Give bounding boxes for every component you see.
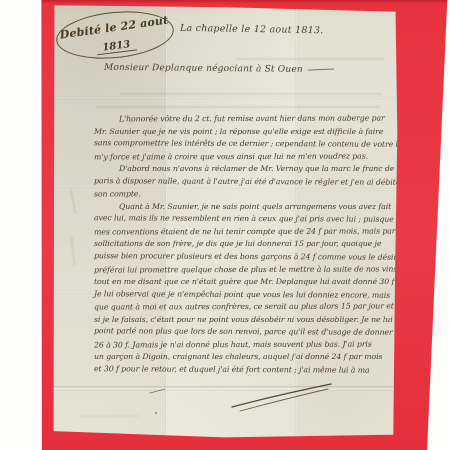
show-through-mark	[70, 236, 75, 266]
ink-speck	[155, 412, 157, 414]
show-through-mark	[70, 188, 76, 214]
handwritten-line: m'y force et j'aime à croire que vous ai…	[94, 150, 396, 164]
handwritten-line: si je le faisais, c'était pour ne point …	[94, 314, 396, 327]
letter-body: L'honorée vôtre du 2 ct. fut remise avan…	[94, 113, 396, 376]
handwritten-line: que quant à moi et aux autres confrères,…	[94, 301, 396, 315]
handwritten-line: sans compromettre les intérêts de ce der…	[94, 137, 396, 151]
handwritten-line: mes conventions étaient de ne lui tenir …	[94, 225, 396, 239]
fold-crease-horizontal-4	[53, 386, 396, 391]
show-through-mark	[96, 106, 380, 108]
handwritten-line: 26 à 30 f. Jamais je n'ai donné plus hau…	[94, 338, 396, 352]
handwritten-line: préférai lui promettre quelque chose de …	[94, 263, 396, 277]
handwritten-line: L'honorée vôtre du 2 ct. fut remise avan…	[94, 112, 396, 126]
handwritten-line: sollicitations de son frère, je dis que …	[94, 238, 396, 251]
letter-paper: Debité le 22 aout 1813 La chapelle le 12…	[0, 0, 450, 450]
handwritten-line: puisse bien procurer plusieurs et des bo…	[94, 250, 396, 264]
handwritten-line: tout en me disant que ce n'était guère q…	[94, 276, 396, 289]
handwritten-line: un garçon à Digoin, craignant les chaleu…	[94, 351, 396, 364]
letter-photo: Debité le 22 aout 1813 La chapelle le 12…	[0, 0, 450, 450]
fold-crease-horizontal-1	[54, 96, 396, 99]
show-through-mark	[236, 58, 384, 60]
handwritten-line: point parlé non plus que lors de son ren…	[94, 326, 396, 340]
handwritten-line: D'abord nous n'avons à réclamer de Mr. V…	[94, 163, 396, 176]
handwritten-line: son compte.	[94, 188, 396, 202]
dateline: La chapelle le 12 aout 1813.	[180, 23, 324, 37]
handwritten-line: et 30 f pour le retour, et duquel j'ai é…	[94, 363, 396, 377]
postmark-oval: Debité le 22 aout 1813	[54, 5, 177, 65]
handwritten-line: avec lui, mais ils ne ressemblent en rie…	[94, 213, 396, 227]
handwritten-line: Mr. Saunier que je ne vis point ; la rép…	[94, 126, 396, 139]
recipient-line: Monsieur Deplanque négociant à St Ouen	[104, 63, 334, 75]
show-through-mark	[80, 415, 140, 417]
show-through-mark	[120, 93, 382, 95]
